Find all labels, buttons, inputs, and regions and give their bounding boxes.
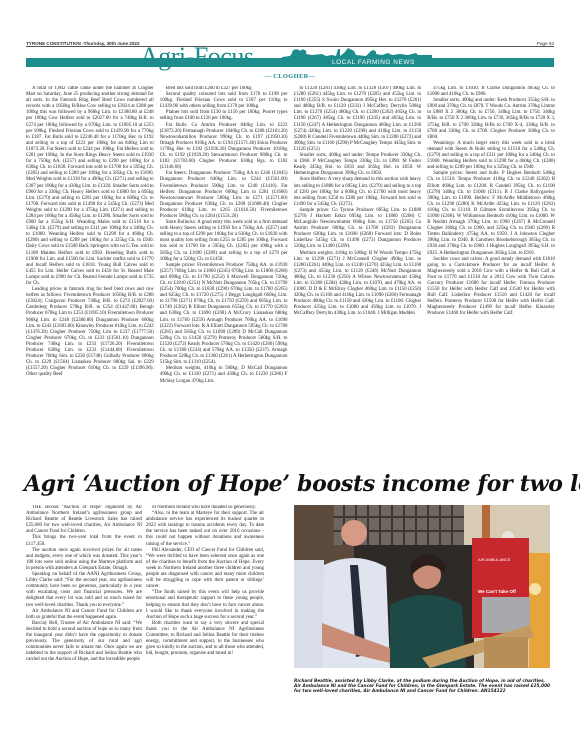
page-header: TYRONE CONSTITUTION -Thursday, 30th June… — [26, 36, 554, 46]
air-ambulance-banner-slogan: We Can't Take Off — [478, 589, 516, 594]
report-column-1: A total of 1,802 cattle came under the h… — [26, 86, 154, 426]
report-column-3: to £1320 (£281) 430kg Lim. to £1320 (£30… — [294, 86, 422, 426]
article-headline: Agri ‘Auction of Hope’ boosts income for… — [24, 471, 556, 497]
auction-photo: AIR AMBULANCE We Can't Take Off — [294, 505, 550, 668]
agri-focus-logo: Agri-Focus — [140, 44, 253, 70]
farm-skyline-icon — [282, 47, 432, 59]
report-column-4: 475kg Lim. to £1030. B Clarke Dungannon … — [427, 86, 555, 426]
article-column-1: THE second ‘Auction of Hope’ organised b… — [26, 505, 142, 705]
air-ambulance-banner-title: AIR AMBULANCE — [478, 557, 511, 562]
report-column-2: Bred lots sold from £200 to £227 per 100… — [160, 86, 288, 426]
banner-tagline: LOCAL FARMING NEWS — [332, 59, 415, 67]
mart-report: A total of 1,802 cattle came under the h… — [26, 86, 555, 426]
article-column-2: of Northern Ireland who have donated so … — [146, 505, 264, 705]
section-banner — [26, 58, 554, 67]
photo-caption: Richard Beattie, assisted by Libby Clark… — [294, 679, 552, 694]
photo-illustration: AIR AMBULANCE We Can't Take Off — [294, 505, 550, 668]
section-label: — CLOGHER— — [0, 73, 580, 80]
